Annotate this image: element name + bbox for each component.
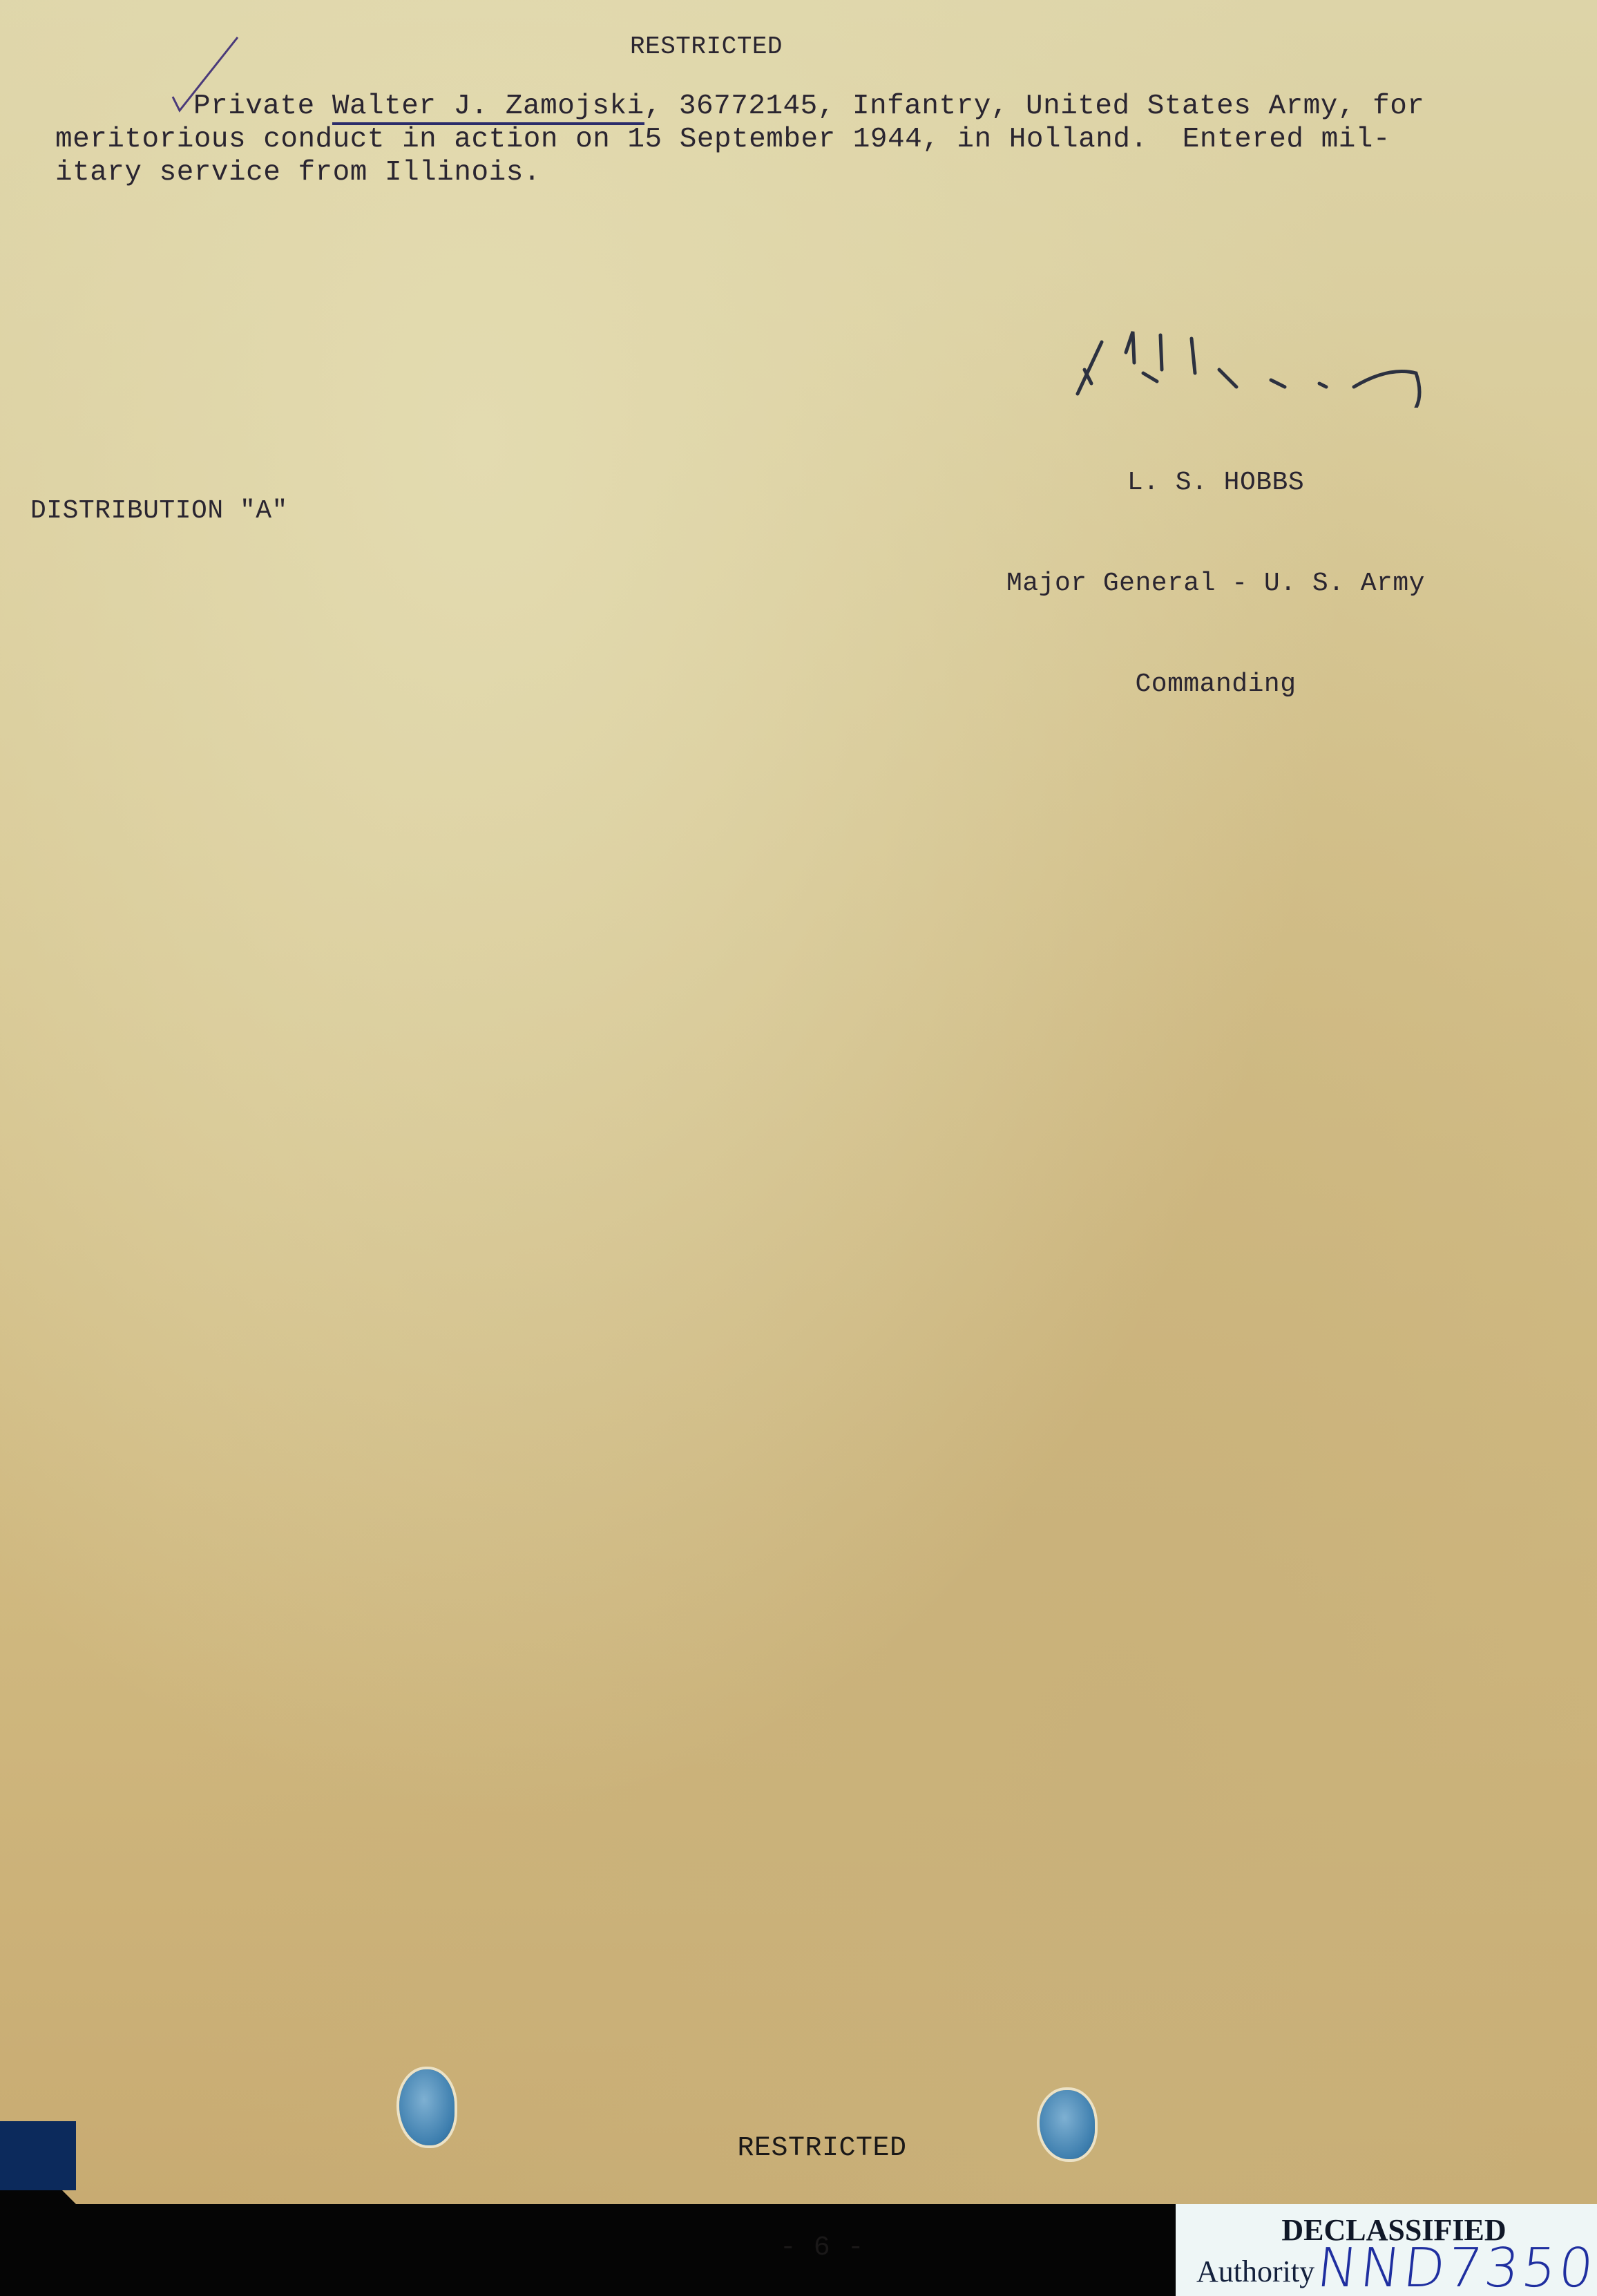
footer-classification: RESTRICTED <box>718 2132 926 2165</box>
signer-name: L. S. HOBBS <box>981 466 1451 500</box>
citation-line-2: meritorious conduct in action on 15 Sept… <box>55 123 1424 156</box>
authority-label: Authority <box>1196 2254 1314 2289</box>
authority-value: NND735017 <box>1314 2237 1597 2296</box>
punch-hole-right <box>1040 2090 1095 2159</box>
header-classification: RESTRICTED <box>630 30 783 64</box>
signer-role: Commanding <box>981 667 1451 702</box>
distribution-line: DISTRIBUTION "A" <box>30 495 288 528</box>
signer-rank: Major General - U. S. Army <box>981 567 1451 601</box>
background-corner <box>0 2121 76 2190</box>
citation-paragraph: Private Walter J. Zamojski, 36772145, In… <box>55 90 1424 189</box>
punch-hole-left <box>399 2069 455 2145</box>
citation-line-3: itary service from Illinois. <box>55 156 1424 189</box>
declassification-stamp: DECLASSIFIED Authority NND735017 <box>1160 2204 1597 2296</box>
footer: RESTRICTED - 6 - <box>718 2066 926 2296</box>
signature-block: L. S. HOBBS Major General - U. S. Army C… <box>981 399 1451 735</box>
page-number: - 6 - <box>718 2232 926 2265</box>
soldier-name: Walter J. Zamojski <box>332 91 644 125</box>
citation-line-1: Private Walter J. Zamojski, 36772145, In… <box>55 90 1424 123</box>
handwritten-signature <box>1064 304 1492 408</box>
